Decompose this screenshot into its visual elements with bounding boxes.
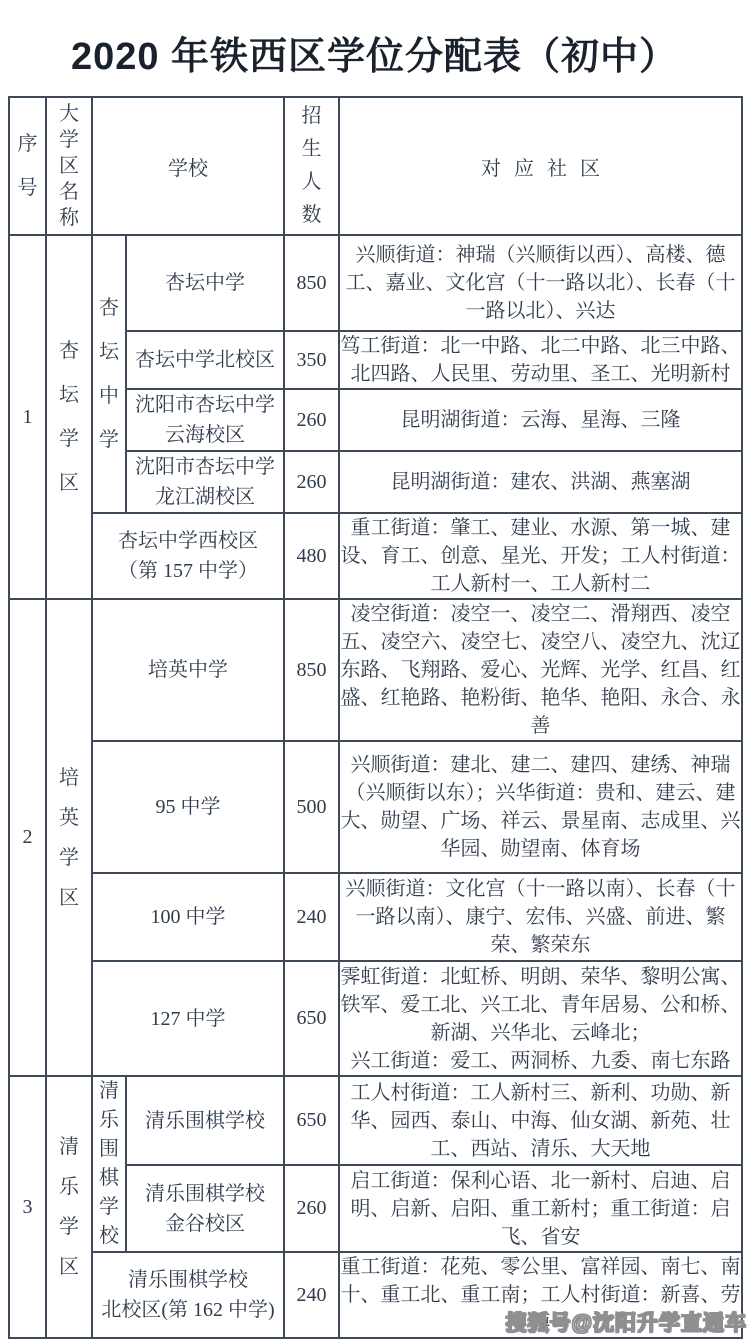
community-cell: 兴顺街道：建北、建二、建四、建绣、神瑞（兴顺街以东）；兴华街道：贵和、建云、建大… <box>339 741 742 873</box>
school-cell: 清乐围棋学校 <box>126 1076 284 1165</box>
enrollment-cell: 650 <box>284 961 339 1076</box>
school-cell: 95 中学 <box>92 741 284 873</box>
community-cell: 昆明湖街道：云海、星海、三隆 <box>339 389 742 451</box>
enrollment-cell: 240 <box>284 873 339 961</box>
table-row: 100 中学 240 兴顺街道：文化宫（十一路以南）、长春（十一路以南）、康宁、… <box>9 873 742 961</box>
serial-cell: 2 <box>9 599 46 1076</box>
subgroup-cell: 清乐围棋学校 <box>92 1076 126 1252</box>
header-serial-label: 序号 <box>16 122 40 210</box>
table-wrap: 序号 大学区名称 学校 招生人数 对应社区 1 杏坛学区 杏坛中学 杏坛中学 8… <box>0 96 749 1339</box>
enrollment-cell: 480 <box>284 513 339 599</box>
table-row: 1 杏坛学区 杏坛中学 杏坛中学 850 兴顺街道：神瑞（兴顺街以西）、高楼、德… <box>9 235 742 331</box>
enrollment-cell: 350 <box>284 331 339 389</box>
header-row: 序号 大学区名称 学校 招生人数 对应社区 <box>9 97 742 235</box>
enrollment-cell: 850 <box>284 599 339 741</box>
table-row: 杏坛中学西校区 （第 157 中学） 480 重工街道：肇工、建业、水源、第一城… <box>9 513 742 599</box>
header-district-label: 大学区名称 <box>57 101 81 231</box>
enrollment-cell: 500 <box>284 741 339 873</box>
header-community: 对应社区 <box>339 97 742 235</box>
header-school: 学校 <box>92 97 284 235</box>
community-cell: 兴顺街道：神瑞（兴顺街以西）、高楼、德工、嘉业、文化宫（十一路以北）、长春（十一… <box>339 235 742 331</box>
enrollment-cell: 850 <box>284 235 339 331</box>
subgroup-cell: 杏坛中学 <box>92 235 126 513</box>
community-cell: 兴顺街道：文化宫（十一路以南）、长春（十一路以南）、康宁、宏伟、兴盛、前进、繁荣… <box>339 873 742 961</box>
district-label: 培英学区 <box>57 758 81 918</box>
school-cell: 杏坛中学 <box>126 235 284 331</box>
page: 2020 年铁西区学位分配表（初中） 序号 大学区名称 学校 招生人数 对应社区… <box>0 8 749 1339</box>
district-label: 清乐学区 <box>57 1127 81 1287</box>
school-cell: 清乐围棋学校 北校区(第 162 中学) <box>92 1252 284 1338</box>
district-cell: 培英学区 <box>46 599 92 1076</box>
school-cell: 杏坛中学北校区 <box>126 331 284 389</box>
district-cell: 杏坛学区 <box>46 235 92 599</box>
header-district: 大学区名称 <box>46 97 92 235</box>
header-serial: 序号 <box>9 97 46 235</box>
community-cell: 工人村街道：工人新村三、新利、功勋、新华、园西、泰山、中海、仙女湖、新苑、壮工、… <box>339 1076 742 1165</box>
district-label: 杏坛学区 <box>57 329 81 505</box>
allocation-table: 序号 大学区名称 学校 招生人数 对应社区 1 杏坛学区 杏坛中学 杏坛中学 8… <box>8 96 743 1339</box>
community-cell: 霁虹街道：北虹桥、明朗、荣华、黎明公寓、铁军、爱工北、兴工北、青年居易、公和桥、… <box>339 961 742 1076</box>
community-cell: 重工街道：肇工、建业、水源、第一城、建设、育工、创意、星光、开发；工人村街道：工… <box>339 513 742 599</box>
watermark: 搜狐号@沈阳升学直通车 <box>506 1307 747 1337</box>
enrollment-cell: 240 <box>284 1252 339 1338</box>
header-enrollment: 招生人数 <box>284 97 339 235</box>
subgroup-label: 清乐围棋学校 <box>97 1077 121 1251</box>
school-cell: 沈阳市杏坛中学 龙江湖校区 <box>126 451 284 513</box>
enrollment-cell: 650 <box>284 1076 339 1165</box>
school-cell: 127 中学 <box>92 961 284 1076</box>
community-cell: 笃工街道：北一中路、北二中路、北三中路、北四路、人民里、劳动里、圣工、光明新村 <box>339 331 742 389</box>
page-title: 2020 年铁西区学位分配表（初中） <box>0 8 749 96</box>
enrollment-cell: 260 <box>284 389 339 451</box>
table-row: 127 中学 650 霁虹街道：北虹桥、明朗、荣华、黎明公寓、铁军、爱工北、兴工… <box>9 961 742 1076</box>
table-row: 2 培英学区 培英中学 850 凌空街道：凌空一、凌空二、滑翔西、凌空五、凌空六… <box>9 599 742 741</box>
school-cell: 清乐围棋学校 金谷校区 <box>126 1165 284 1252</box>
community-cell: 启工街道：保利心语、北一新村、启迪、启明、启新、启阳、重工新村；重工街道：启飞、… <box>339 1165 742 1252</box>
school-cell: 杏坛中学西校区 （第 157 中学） <box>92 513 284 599</box>
serial-cell: 3 <box>9 1076 46 1338</box>
enrollment-cell: 260 <box>284 1165 339 1252</box>
community-cell: 昆明湖街道：建农、洪湖、燕塞湖 <box>339 451 742 513</box>
district-cell: 清乐学区 <box>46 1076 92 1338</box>
school-cell: 沈阳市杏坛中学 云海校区 <box>126 389 284 451</box>
serial-cell: 1 <box>9 235 46 599</box>
table-row: 3 清乐学区 清乐围棋学校 清乐围棋学校 650 工人村街道：工人新村三、新利、… <box>9 1076 742 1165</box>
subgroup-label: 杏坛中学 <box>97 286 121 462</box>
enrollment-cell: 260 <box>284 451 339 513</box>
header-enrollment-label: 招生人数 <box>300 100 324 232</box>
community-cell: 凌空街道：凌空一、凌空二、滑翔西、凌空五、凌空六、凌空七、凌空八、凌空九、沈辽东… <box>339 599 742 741</box>
school-cell: 培英中学 <box>92 599 284 741</box>
table-row: 95 中学 500 兴顺街道：建北、建二、建四、建绣、神瑞（兴顺街以东）；兴华街… <box>9 741 742 873</box>
school-cell: 100 中学 <box>92 873 284 961</box>
